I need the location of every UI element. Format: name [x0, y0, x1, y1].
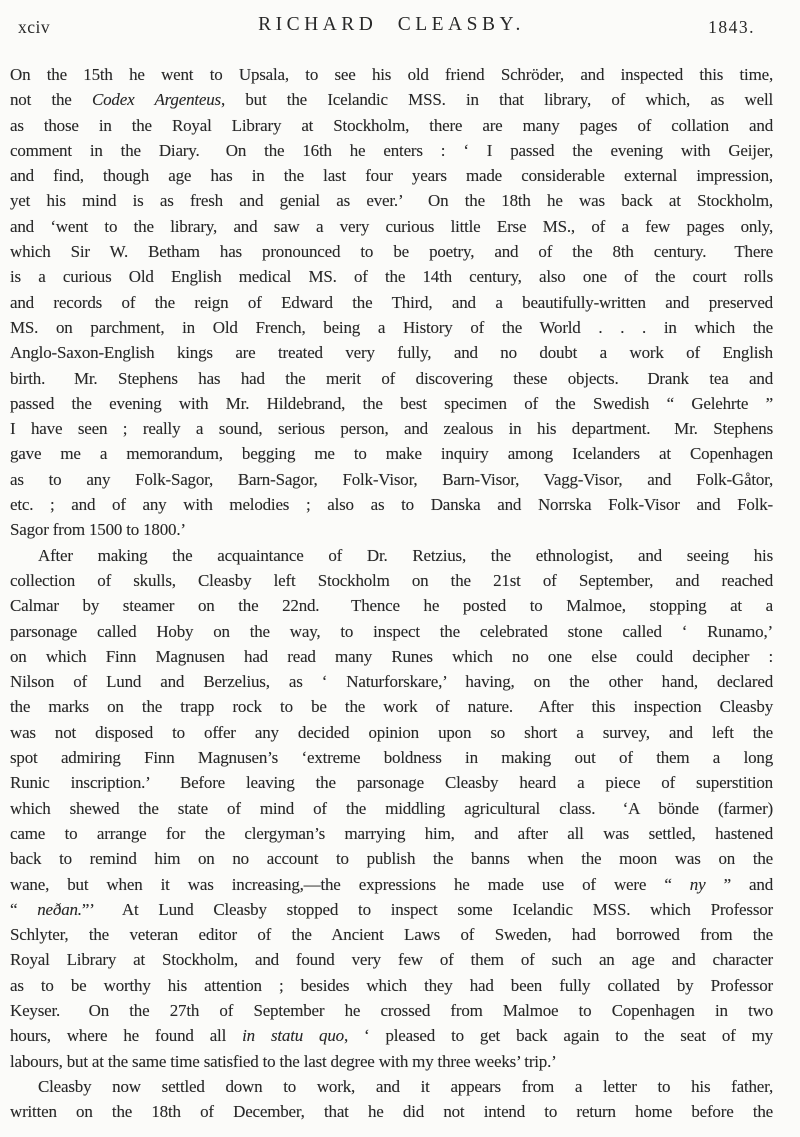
text-line: Calmar by steamer on the 22nd. Thence he…: [10, 593, 773, 618]
text-segment: Royal Library at Stockholm, and found ve…: [10, 950, 773, 969]
text-segment: etc. ; and of any with melodies ; also a…: [10, 495, 773, 514]
text-line: the marks on the trapp rock to be the wo…: [10, 694, 773, 719]
text-line: Runic inscription.’ Before leaving the p…: [10, 770, 773, 795]
text-segment: Keyser. On the 27th of September he cros…: [10, 1001, 773, 1020]
text-line: as to any Folk-Sagor, Barn-Sagor, Folk-V…: [10, 467, 773, 492]
text-segment: Schlyter, the veteran editor of the Anci…: [10, 925, 773, 944]
text-line: and ‘went to the library, and saw a very…: [10, 214, 773, 239]
text-segment: birth. Mr. Stephens has had the merit of…: [10, 369, 773, 388]
text-line: as to be worthy his attention ; besides …: [10, 973, 773, 998]
text-line: yet his mind is as fresh and genial as e…: [10, 188, 773, 213]
year-label: 1843.: [708, 17, 755, 38]
page-body: On the 15th he went to Upsala, to see hi…: [10, 62, 773, 1124]
text-segment: not the: [10, 90, 92, 109]
text-segment: and records of the reign of Edward the T…: [10, 293, 773, 312]
text-line: birth. Mr. Stephens has had the merit of…: [10, 366, 773, 391]
text-line: Anglo-Saxon-English kings are treated ve…: [10, 340, 773, 365]
text-line: is a curious Old English medical MS. of …: [10, 264, 773, 289]
text-segment: the marks on the trapp rock to be the wo…: [10, 697, 773, 716]
italic-text: neðan.: [37, 900, 82, 919]
text-line: which Sir W. Betham has pronounced to be…: [10, 239, 773, 264]
text-segment: comment in the Diary. On the 16th he ent…: [10, 141, 773, 160]
text-segment: labours, but at the same time satisfied …: [10, 1052, 557, 1071]
text-segment: On the 15th he went to Upsala, to see hi…: [10, 65, 773, 84]
text-segment: yet his mind is as fresh and genial as e…: [10, 191, 773, 210]
italic-text: in statu quo: [242, 1026, 344, 1045]
text-line: Cleasby now settled down to work, and it…: [10, 1074, 773, 1099]
text-line: came to arrange for the clergyman’s marr…: [10, 821, 773, 846]
text-segment: came to arrange for the clergyman’s marr…: [10, 824, 773, 843]
text-line: Royal Library at Stockholm, and found ve…: [10, 947, 773, 972]
text-segment: spot admiring Finn Magnusen’s ‘extreme b…: [10, 748, 773, 767]
text-segment: as to be worthy his attention ; besides …: [10, 976, 773, 995]
text-line: After making the acquaintance of Dr. Ret…: [10, 543, 773, 568]
text-line: and find, though age has in the last fou…: [10, 163, 773, 188]
text-segment: wane, but when it was increasing,—the ex…: [10, 875, 690, 894]
text-line: labours, but at the same time satisfied …: [10, 1049, 773, 1074]
text-segment: Calmar by steamer on the 22nd. Thence he…: [10, 596, 773, 615]
text-segment: “: [10, 900, 37, 919]
text-segment: parsonage called Hoby on the way, to ins…: [10, 622, 773, 641]
text-line: comment in the Diary. On the 16th he ent…: [10, 138, 773, 163]
text-line: wane, but when it was increasing,—the ex…: [10, 872, 773, 897]
text-segment: passed the evening with Mr. Hildebrand, …: [10, 394, 773, 413]
text-segment: collection of skulls, Cleasby left Stock…: [10, 571, 773, 590]
text-segment: as to any Folk-Sagor, Barn-Sagor, Folk-V…: [10, 470, 773, 489]
running-title: RICHARD CLEASBY.: [10, 14, 773, 36]
text-segment: which shewed the state of mind of the mi…: [10, 799, 773, 818]
text-segment: After making the acquaintance of Dr. Ret…: [38, 546, 773, 565]
text-segment: ”’ At Lund Cleasby stopped to inspect so…: [82, 900, 773, 919]
text-line: spot admiring Finn Magnusen’s ‘extreme b…: [10, 745, 773, 770]
italic-text: Codex Argenteus: [92, 90, 221, 109]
text-segment: and ‘went to the library, and saw a very…: [10, 217, 773, 236]
text-segment: Runic inscription.’ Before leaving the p…: [10, 773, 773, 792]
text-segment: and find, though age has in the last fou…: [10, 166, 773, 185]
text-line: back to remind him on no account to publ…: [10, 846, 773, 871]
text-line: passed the evening with Mr. Hildebrand, …: [10, 391, 773, 416]
text-line: which shewed the state of mind of the mi…: [10, 796, 773, 821]
text-line: MS. on parchment, in Old French, being a…: [10, 315, 773, 340]
text-line: was not disposed to offer any decided op…: [10, 720, 773, 745]
text-segment: on which Finn Magnusen had read many Run…: [10, 647, 773, 666]
text-segment: , but the Icelandic MSS. in that library…: [221, 90, 773, 109]
text-line: and records of the reign of Edward the T…: [10, 290, 773, 315]
text-segment: Nilson of Lund and Berzelius, as ‘ Natur…: [10, 672, 773, 691]
text-segment: back to remind him on no account to publ…: [10, 849, 773, 868]
text-line: I have seen ; really a sound, serious pe…: [10, 416, 773, 441]
text-segment: MS. on parchment, in Old French, being a…: [10, 318, 773, 337]
text-segment: Anglo-Saxon-English kings are treated ve…: [10, 343, 773, 362]
text-line: hours, where he found all in statu quo, …: [10, 1023, 773, 1048]
text-line: gave me a memorandum, begging me to make…: [10, 441, 773, 466]
text-segment: hours, where he found all: [10, 1026, 242, 1045]
text-segment: ” and: [705, 875, 773, 894]
text-segment: gave me a memorandum, begging me to make…: [10, 444, 773, 463]
text-line: Schlyter, the veteran editor of the Anci…: [10, 922, 773, 947]
text-segment: , ‘ pleased to get back again to the sea…: [344, 1026, 773, 1045]
text-line: parsonage called Hoby on the way, to ins…: [10, 619, 773, 644]
text-line: Keyser. On the 27th of September he cros…: [10, 998, 773, 1023]
text-segment: as those in the Royal Library at Stockho…: [10, 116, 773, 135]
text-segment: is a curious Old English medical MS. of …: [10, 267, 773, 286]
text-line: not the Codex Argenteus, but the Iceland…: [10, 87, 773, 112]
text-segment: Cleasby now settled down to work, and it…: [38, 1077, 773, 1096]
text-segment: I have seen ; really a sound, serious pe…: [10, 419, 773, 438]
page-header: xciv RICHARD CLEASBY. 1843.: [10, 14, 773, 40]
text-segment: was not disposed to offer any decided op…: [10, 723, 773, 742]
book-page: { "page": { "colors": { "paper": "#fbfbf…: [0, 0, 800, 1137]
text-segment: written on the 18th of December, that he…: [10, 1102, 773, 1121]
text-segment: which Sir W. Betham has pronounced to be…: [10, 242, 773, 261]
italic-text: ny: [690, 875, 706, 894]
page: xciv RICHARD CLEASBY. 1843. On the 15th …: [0, 0, 800, 1124]
text-line: on which Finn Magnusen had read many Run…: [10, 644, 773, 669]
text-line: “ neðan.”’ At Lund Cleasby stopped to in…: [10, 897, 773, 922]
text-line: Sagor from 1500 to 1800.’: [10, 517, 773, 542]
text-line: etc. ; and of any with melodies ; also a…: [10, 492, 773, 517]
text-line: written on the 18th of December, that he…: [10, 1099, 773, 1124]
text-line: collection of skulls, Cleasby left Stock…: [10, 568, 773, 593]
text-line: Nilson of Lund and Berzelius, as ‘ Natur…: [10, 669, 773, 694]
text-line: as those in the Royal Library at Stockho…: [10, 113, 773, 138]
text-segment: Sagor from 1500 to 1800.’: [10, 520, 186, 539]
text-line: On the 15th he went to Upsala, to see hi…: [10, 62, 773, 87]
